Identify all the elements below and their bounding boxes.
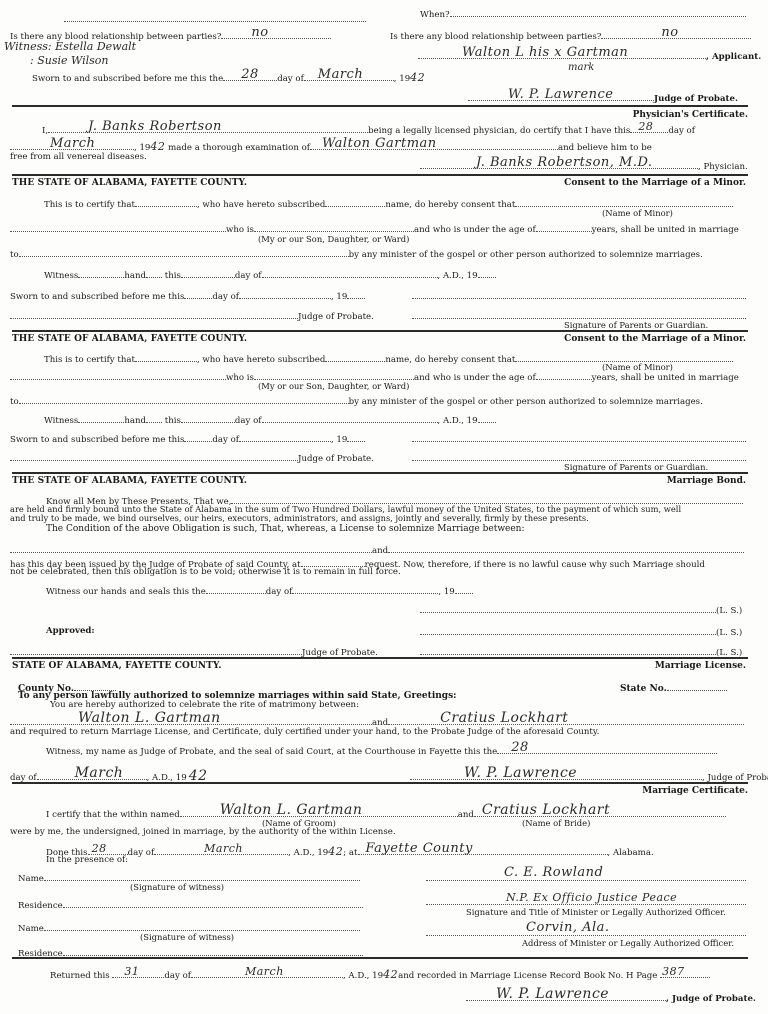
bond-title: Marriage Bond. xyxy=(667,476,746,487)
bond-party1-field[interactable] xyxy=(10,544,372,553)
text: Name xyxy=(18,874,44,884)
blood-question-right: Is there any blood relationship between … xyxy=(390,32,601,42)
field[interactable] xyxy=(184,433,212,442)
consent1-relation-caption: (My or our Son, Daughter, or Ward) xyxy=(258,234,409,244)
text: State No. xyxy=(620,684,667,694)
when-field[interactable] xyxy=(450,8,746,17)
text: day of xyxy=(128,848,155,858)
top-judge-row: W. P. LawrenceJudge of Probate. xyxy=(468,92,738,105)
text: Returned this xyxy=(50,971,110,981)
certificate-joined: were by me, the undersigned, joined in m… xyxy=(10,827,396,838)
divider xyxy=(12,957,748,959)
witness1-caption: (Signature of witness) xyxy=(130,882,224,892)
text: day of xyxy=(235,271,262,281)
consent2-parent-sig-caption: Signature of Parents or Guardian. xyxy=(564,462,708,472)
text: , Alabama. xyxy=(608,848,654,858)
text: day of xyxy=(235,416,262,426)
field[interactable] xyxy=(184,290,212,299)
text: day of xyxy=(266,587,293,597)
top-judge-signature-field[interactable]: W. P. Lawrence xyxy=(468,92,654,101)
text: and xyxy=(372,546,388,556)
witness2-name-field[interactable] xyxy=(44,922,360,931)
text: and who is under the age of xyxy=(414,373,536,383)
sworn-day: 28 xyxy=(241,69,259,80)
return-year: 42 xyxy=(383,968,398,981)
license-bride: Cratius Lockhart xyxy=(440,713,568,724)
consent1-parent-sig-line-1[interactable] xyxy=(412,288,746,299)
return-row: Returned this 31day ofMarch, A.D., 1942a… xyxy=(50,969,710,982)
return-page-field[interactable]: 387 xyxy=(660,969,710,978)
bond-ls-row-2: (L. S.) xyxy=(420,626,742,639)
license-judge-field[interactable]: W. P. Lawrence xyxy=(410,771,702,780)
bond-seal-1-field[interactable] xyxy=(420,604,716,613)
license-required: and required to return Marriage License,… xyxy=(10,727,599,738)
field[interactable] xyxy=(181,269,235,278)
text: request. Now, therefore, if there is no … xyxy=(365,560,705,570)
top-judge-signature: W. P. Lawrence xyxy=(508,89,614,100)
text: Judge of Probate. xyxy=(298,454,374,464)
top-left-fragment-line xyxy=(64,13,366,26)
sworn-day-field[interactable]: 28 xyxy=(223,72,277,81)
license-judge-signature: W. P. Lawrence xyxy=(464,768,577,779)
officer-name: C. E. Rowland xyxy=(504,865,603,880)
field[interactable] xyxy=(262,269,438,278)
return-judge-signature: W. P. Lawrence xyxy=(496,989,609,1000)
county-no-field[interactable] xyxy=(74,682,116,691)
text: , 19 xyxy=(331,292,347,302)
bond-witness: Witness our hands and seals this theday … xyxy=(46,585,473,598)
officer-title: N.P. Ex Officio Justice Peace xyxy=(506,891,677,904)
text: Judge of Probate. xyxy=(298,312,374,322)
sworn-month-field[interactable]: March xyxy=(304,72,394,81)
consent1-to-field[interactable] xyxy=(19,248,349,257)
field[interactable] xyxy=(206,585,266,594)
certificate-parties-row: I certify that the within namedWalton L.… xyxy=(46,808,726,821)
consent2-age-field[interactable] xyxy=(536,371,592,380)
text: This is to certify that xyxy=(44,200,135,210)
witness-note-2: : Susie Wilson xyxy=(30,54,109,67)
text: (L. S.) xyxy=(716,606,742,616)
consent1-minor-caption: (Name of Minor) xyxy=(602,208,673,218)
license-month-field[interactable]: March xyxy=(37,771,147,780)
field[interactable] xyxy=(478,414,496,423)
text: day of xyxy=(164,971,191,981)
field[interactable] xyxy=(239,290,331,299)
physician-dayof: day of xyxy=(668,126,695,136)
text: Residence xyxy=(18,901,63,911)
bond-state: THE STATE OF ALABAMA, FAYETTE COUNTY. xyxy=(12,476,247,487)
when-row: When? xyxy=(420,8,746,21)
witness1-residence-field[interactable] xyxy=(63,899,363,908)
consent2-who-field[interactable] xyxy=(10,371,226,380)
license-groom-field[interactable]: Walton L. Gartman xyxy=(10,716,372,725)
text: , A.D., 19 xyxy=(343,971,383,981)
physician-patient-field[interactable]: Walton Gartman xyxy=(310,141,558,150)
consent1-line3: toby any minister of the gospel or other… xyxy=(10,248,703,261)
state-no-field[interactable] xyxy=(667,682,727,691)
text: , A.D., 19 xyxy=(438,416,478,426)
officer-name-field[interactable]: C. E. Rowland xyxy=(426,870,746,881)
divider xyxy=(12,105,748,107)
license-state-no: State No. xyxy=(620,682,727,695)
text: name, do hereby consent that xyxy=(385,200,515,210)
consent1-parent-sig-line-2[interactable] xyxy=(412,308,746,319)
consent2-parent-field[interactable] xyxy=(135,353,197,362)
return-judge-row: W. P. Lawrence, Judge of Probate. xyxy=(466,992,756,1005)
consent1-judge: Judge of Probate. xyxy=(10,310,374,323)
officer-title-field[interactable]: N.P. Ex Officio Justice Peace xyxy=(426,894,746,905)
consent1-subscribed-field[interactable] xyxy=(325,198,385,207)
bond-line4: The Condition of the above Obligation is… xyxy=(46,524,525,535)
applicant-signature-field[interactable]: Walton L his x Gartman xyxy=(418,50,706,59)
field[interactable] xyxy=(146,269,162,278)
return-day: 31 xyxy=(124,966,139,977)
physician-text1: being a legally licensed physician, do c… xyxy=(368,126,630,136)
sworn-dayof: day of xyxy=(277,74,304,84)
consent1-parent-field[interactable] xyxy=(135,198,197,207)
bond-between-row: and xyxy=(10,544,744,557)
consent2-relation-field[interactable] xyxy=(254,371,414,380)
text: Sworn to and subscribed before me this xyxy=(10,435,184,445)
physician-patient: Walton Gartman xyxy=(322,138,437,149)
text: who is xyxy=(226,225,254,235)
bond-approved: Approved: xyxy=(46,626,95,637)
physician-row-3: free from all venereal diseases. xyxy=(10,152,147,163)
officer-address: Corvin, Ala. xyxy=(526,920,610,935)
text: , A.D., 19 xyxy=(438,271,478,281)
consent1-state: THE STATE OF ALABAMA, FAYETTE COUNTY. xyxy=(12,178,247,189)
text: who is xyxy=(226,373,254,383)
field[interactable] xyxy=(292,585,438,594)
certificate-bride-field[interactable]: Cratius Lockhart xyxy=(474,808,726,817)
done-place-field[interactable]: Fayette County xyxy=(358,846,608,855)
top-left-field[interactable] xyxy=(64,13,366,22)
done-place: Fayette County xyxy=(366,843,473,854)
text: , A.D., 19 xyxy=(288,848,328,858)
consent2-witness: Witnesshand thisday of, A.D., 19 xyxy=(44,414,496,427)
done-month-field[interactable]: March xyxy=(154,846,288,855)
consent1-age-field[interactable] xyxy=(536,223,592,232)
text: and xyxy=(458,810,474,820)
witness2-residence-field[interactable] xyxy=(63,947,363,956)
license-day: 28 xyxy=(511,742,529,753)
physician-sig-label: , Physician. xyxy=(698,162,748,172)
bond-seal-2-field[interactable] xyxy=(420,626,716,635)
sworn-year: 42 xyxy=(410,71,425,84)
applicant-signature: Walton L his x Gartman xyxy=(462,47,628,58)
return-page: 387 xyxy=(662,966,685,977)
text: and recorded in Marriage License Record … xyxy=(398,971,657,981)
return-month-field[interactable]: March xyxy=(191,969,343,978)
bride-caption: (Name of Bride) xyxy=(522,818,590,828)
when-label: When? xyxy=(420,10,450,20)
text: by any minister of the gospel or other p… xyxy=(349,250,703,260)
consent2-to-field[interactable] xyxy=(19,395,349,404)
text: to xyxy=(10,250,19,260)
consent1-who-field[interactable] xyxy=(10,223,226,232)
certificate-bride: Cratius Lockhart xyxy=(482,805,610,816)
text: Witness xyxy=(44,416,78,426)
physician-text3: and believe him to be xyxy=(558,143,652,153)
blood-answer-left-field[interactable]: no xyxy=(221,30,331,39)
license-witness-row: Witness, my name as Judge of Probate, an… xyxy=(46,745,717,758)
bond-line6: not be celebrated, then this obligation … xyxy=(10,567,401,578)
consent1-relation-field[interactable] xyxy=(254,223,414,232)
consent1-sworn: Sworn to and subscribed before me thisda… xyxy=(10,290,365,303)
field[interactable] xyxy=(262,414,438,423)
consent2-relation-caption: (My or our Son, Daughter, or Ward) xyxy=(258,381,409,391)
physician-day: 28 xyxy=(638,121,653,132)
consent2-line3: toby any minister of the gospel or other… xyxy=(10,395,703,408)
text: day of xyxy=(212,435,239,445)
return-day-field[interactable]: 31 xyxy=(112,969,164,978)
consent1-parent-sig-caption: Signature of Parents or Guardian. xyxy=(564,320,708,330)
bond-line3: and truly to be made, we bind ourselves,… xyxy=(10,513,589,524)
text: day of xyxy=(212,292,239,302)
field[interactable] xyxy=(10,646,302,655)
return-judge-field[interactable]: W. P. Lawrence xyxy=(466,992,666,1001)
field[interactable] xyxy=(455,585,473,594)
text: and who is under the age of xyxy=(414,225,536,235)
consent2-title: Consent to the Marriage of a Minor. xyxy=(564,334,746,345)
field[interactable] xyxy=(146,414,162,423)
bond-seal-3-field[interactable] xyxy=(420,646,716,655)
text: , Judge of Probate. xyxy=(666,994,756,1004)
witness1-residence-row: Residence xyxy=(18,899,363,912)
physician-name-field[interactable]: J. Banks Robertson xyxy=(48,124,368,133)
consent2-sworn: Sworn to and subscribed before me thisda… xyxy=(10,433,365,446)
consent2-parent-sig-line-1[interactable] xyxy=(412,431,746,442)
field[interactable] xyxy=(347,290,365,299)
text: , who have hereto subscribed xyxy=(197,355,325,365)
physician-year: 42 xyxy=(150,140,165,153)
return-month: March xyxy=(245,966,284,977)
license-bride-field[interactable]: Cratius Lockhart xyxy=(388,716,744,725)
divider xyxy=(12,330,748,332)
presence-label: In the presence of: xyxy=(46,855,128,866)
text: Witness xyxy=(44,271,78,281)
physician-day-field[interactable]: 28 xyxy=(630,124,668,133)
field[interactable] xyxy=(181,414,235,423)
marriage-record-document: When? Is there any blood relationship be… xyxy=(0,0,768,1014)
officer-address-field[interactable]: Corvin, Ala. xyxy=(426,925,746,936)
blood-answer-right-field[interactable]: no xyxy=(601,30,751,39)
text: Name xyxy=(18,924,44,934)
witness1-name-field[interactable] xyxy=(44,872,360,881)
text: this xyxy=(165,416,181,426)
text: , who have hereto subscribed xyxy=(197,200,325,210)
top-judge-label: Judge of Probate. xyxy=(654,94,738,104)
license-title: Marriage License. xyxy=(655,661,746,672)
bond-ls-row-1: (L. S.) xyxy=(420,604,742,617)
done-year: 42 xyxy=(328,845,343,858)
text: by any minister of the gospel or other p… xyxy=(349,397,703,407)
sworn-year-prefix: , 19 xyxy=(394,74,410,84)
text: ; at xyxy=(343,848,357,858)
text: This is to certify that xyxy=(44,355,135,365)
text: (L. S.) xyxy=(716,628,742,638)
physician-signature-field[interactable]: J. Banks Robertson, M.D. xyxy=(420,160,698,169)
applicant-label: , Applicant. xyxy=(706,52,761,62)
text: I certify that the within named xyxy=(46,810,180,820)
sworn-row: Sworn to and subscribed before me this t… xyxy=(32,72,425,85)
witness-note-1: Witness: Estella Dewalt xyxy=(4,40,136,53)
consent2-parent-sig-line-2[interactable] xyxy=(412,450,746,461)
field[interactable] xyxy=(10,452,298,461)
field[interactable] xyxy=(347,433,365,442)
consent1-minor-field[interactable] xyxy=(515,198,733,207)
text: hand xyxy=(124,271,146,281)
done-month: March xyxy=(204,843,243,854)
license-day-field[interactable]: 28 xyxy=(497,745,717,754)
certificate-done-row: Done this28day ofMarch, A.D., 1942; atFa… xyxy=(46,846,654,859)
officer-caption: Signature and Title of Minister or Legal… xyxy=(466,907,726,917)
field[interactable] xyxy=(78,269,124,278)
consent2-subscribed-field[interactable] xyxy=(325,353,385,362)
done-day: 28 xyxy=(92,843,107,854)
certificate-title: Marriage Certificate. xyxy=(642,786,748,797)
text: Witness our hands and seals this the xyxy=(46,587,206,597)
physician-month-field[interactable]: March xyxy=(10,141,134,150)
physician-signature-row: J. Banks Robertson, M.D., Physician. xyxy=(420,160,748,173)
consent2-judge: Judge of Probate. xyxy=(10,452,374,465)
field[interactable] xyxy=(10,310,298,319)
divider xyxy=(12,782,748,784)
certificate-groom-field[interactable]: Walton L. Gartman xyxy=(180,808,458,817)
certificate-groom: Walton L. Gartman xyxy=(220,805,363,816)
consent1-title: Consent to the Marriage of a Minor. xyxy=(564,178,746,189)
field[interactable] xyxy=(78,414,124,423)
text: hand xyxy=(124,416,146,426)
consent2-state: THE STATE OF ALABAMA, FAYETTE COUNTY. xyxy=(12,334,247,345)
field[interactable] xyxy=(478,269,496,278)
physician-month: March xyxy=(50,138,95,149)
blood-answer-left: no xyxy=(251,27,268,38)
consent1-witness: Witnesshand thisday of, A.D., 19 xyxy=(44,269,496,282)
text: to xyxy=(10,397,19,407)
text: name, do hereby consent that xyxy=(385,355,515,365)
blood-relationship-right: Is there any blood relationship between … xyxy=(390,30,751,43)
bond-names-field[interactable] xyxy=(231,495,743,504)
license-state: STATE OF ALABAMA, FAYETTE COUNTY. xyxy=(12,661,222,672)
text: Sworn to and subscribed before me this xyxy=(10,292,184,302)
license-month: March xyxy=(75,768,124,779)
applicant-mark: mark xyxy=(568,62,594,73)
physician-signature: J. Banks Robertson, M.D. xyxy=(476,157,653,168)
consent2-minor-field[interactable] xyxy=(515,353,733,362)
divider xyxy=(12,657,748,659)
text: this xyxy=(165,271,181,281)
bond-party2-field[interactable] xyxy=(388,544,744,553)
sworn-month: March xyxy=(318,69,363,80)
divider xyxy=(12,472,748,474)
text: years, shall be united in marriage xyxy=(592,373,739,383)
text: , 19 xyxy=(438,587,454,597)
bond-request-field[interactable] xyxy=(301,558,365,567)
blood-answer-right: no xyxy=(661,27,678,38)
license-groom: Walton L. Gartman xyxy=(78,713,221,724)
sworn-prefix: Sworn to and subscribed before me this t… xyxy=(32,74,223,84)
address-caption: Address of Minister or Legally Authorize… xyxy=(522,938,734,948)
physician-text2: made a thorough examination of xyxy=(168,143,310,153)
text: years, shall be united in marriage xyxy=(592,225,739,235)
witness2-caption: (Signature of witness) xyxy=(140,932,234,942)
text: , 19 xyxy=(331,435,347,445)
field[interactable] xyxy=(239,433,331,442)
divider xyxy=(12,174,748,176)
done-day-field[interactable]: 28 xyxy=(88,846,128,855)
physician-name: J. Banks Robertson xyxy=(88,121,222,132)
text: Witness, my name as Judge of Probate, an… xyxy=(46,747,497,757)
